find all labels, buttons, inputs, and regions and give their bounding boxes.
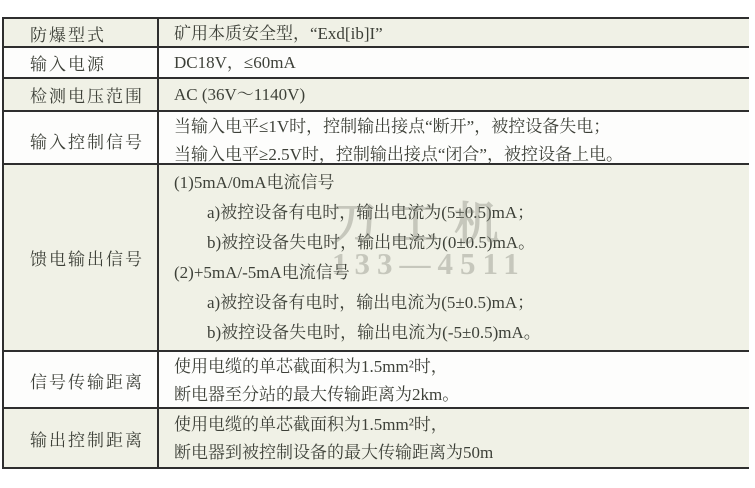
content-line: b)被控设备失电时，输出电流为(0±0.5)mA。 [174, 228, 745, 258]
content-line: (1)5mA/0mA电流信号 [174, 168, 745, 198]
row-label: 输出控制距离 [4, 409, 159, 467]
table-row: 输出控制距离 使用电缆的单芯截面积为1.5mm²时， 断电器到被控制设备的最大传… [4, 409, 749, 469]
row-label: 信号传输距离 [4, 352, 159, 409]
spec-table: 防爆型式 矿用本质安全型，“Exd[ib]I” 输入电源 DC18V，≤60mA… [2, 17, 749, 469]
row-content: DC18V，≤60mA [159, 48, 749, 77]
content-line: 使用电缆的单芯截面积为1.5mm²时， [174, 411, 745, 439]
row-content: (1)5mA/0mA电流信号 a)被控设备有电时，输出电流为(5±0.5)mA；… [159, 165, 749, 350]
content-line: 断电器到被控制设备的最大传输距离为50m [174, 439, 745, 467]
content-line: a)被控设备有电时，输出电流为(5±0.5)mA； [174, 198, 745, 228]
content-line: 断电器至分站的最大传输距离为2km。 [174, 381, 745, 409]
row-content: 使用电缆的单芯截面积为1.5mm²时， 断电器至分站的最大传输距离为2km。 [159, 352, 749, 409]
spec-sheet-page: 防爆型式 矿用本质安全型，“Exd[ib]I” 输入电源 DC18V，≤60mA… [0, 0, 755, 488]
row-content: 使用电缆的单芯截面积为1.5mm²时， 断电器到被控制设备的最大传输距离为50m [159, 409, 749, 467]
content-line: b)被控设备失电时，输出电流为(-5±0.5)mA。 [174, 318, 745, 348]
row-label: 防爆型式 [4, 19, 159, 48]
table-row: 输入控制信号 当输入电平≤1V时，控制输出接点“断开”，被控设备失电； 当输入电… [4, 112, 749, 165]
content-line: 矿用本质安全型，“Exd[ib]I” [174, 20, 745, 48]
row-content: 当输入电平≤1V时，控制输出接点“断开”，被控设备失电； 当输入电平≥2.5V时… [159, 112, 749, 169]
content-line: 当输入电平≤1V时，控制输出接点“断开”，被控设备失电； [174, 113, 745, 141]
content-line: (2)+5mA/-5mA电流信号 [174, 258, 745, 288]
row-label: 输入电源 [4, 48, 159, 77]
content-line: DC18V，≤60mA [174, 49, 745, 77]
table-row: 检测电压范围 AC (36V～1140V) [4, 79, 749, 112]
row-content: 矿用本质安全型，“Exd[ib]I” [159, 19, 749, 48]
content-line: AC (36V～1140V) [174, 81, 745, 109]
table-row: 馈电输出信号 (1)5mA/0mA电流信号 a)被控设备有电时，输出电流为(5±… [4, 165, 749, 352]
table-row: 信号传输距离 使用电缆的单芯截面积为1.5mm²时， 断电器至分站的最大传输距离… [4, 352, 749, 409]
row-label: 检测电压范围 [4, 79, 159, 110]
table-row: 防爆型式 矿用本质安全型，“Exd[ib]I” [4, 19, 749, 48]
row-label: 馈电输出信号 [4, 165, 159, 350]
row-content: AC (36V～1140V) [159, 79, 749, 110]
content-line: a)被控设备有电时，输出电流为(5±0.5)mA； [174, 288, 745, 318]
row-label: 输入控制信号 [4, 112, 159, 169]
table-row: 输入电源 DC18V，≤60mA [4, 48, 749, 79]
content-line: 使用电缆的单芯截面积为1.5mm²时， [174, 353, 745, 381]
